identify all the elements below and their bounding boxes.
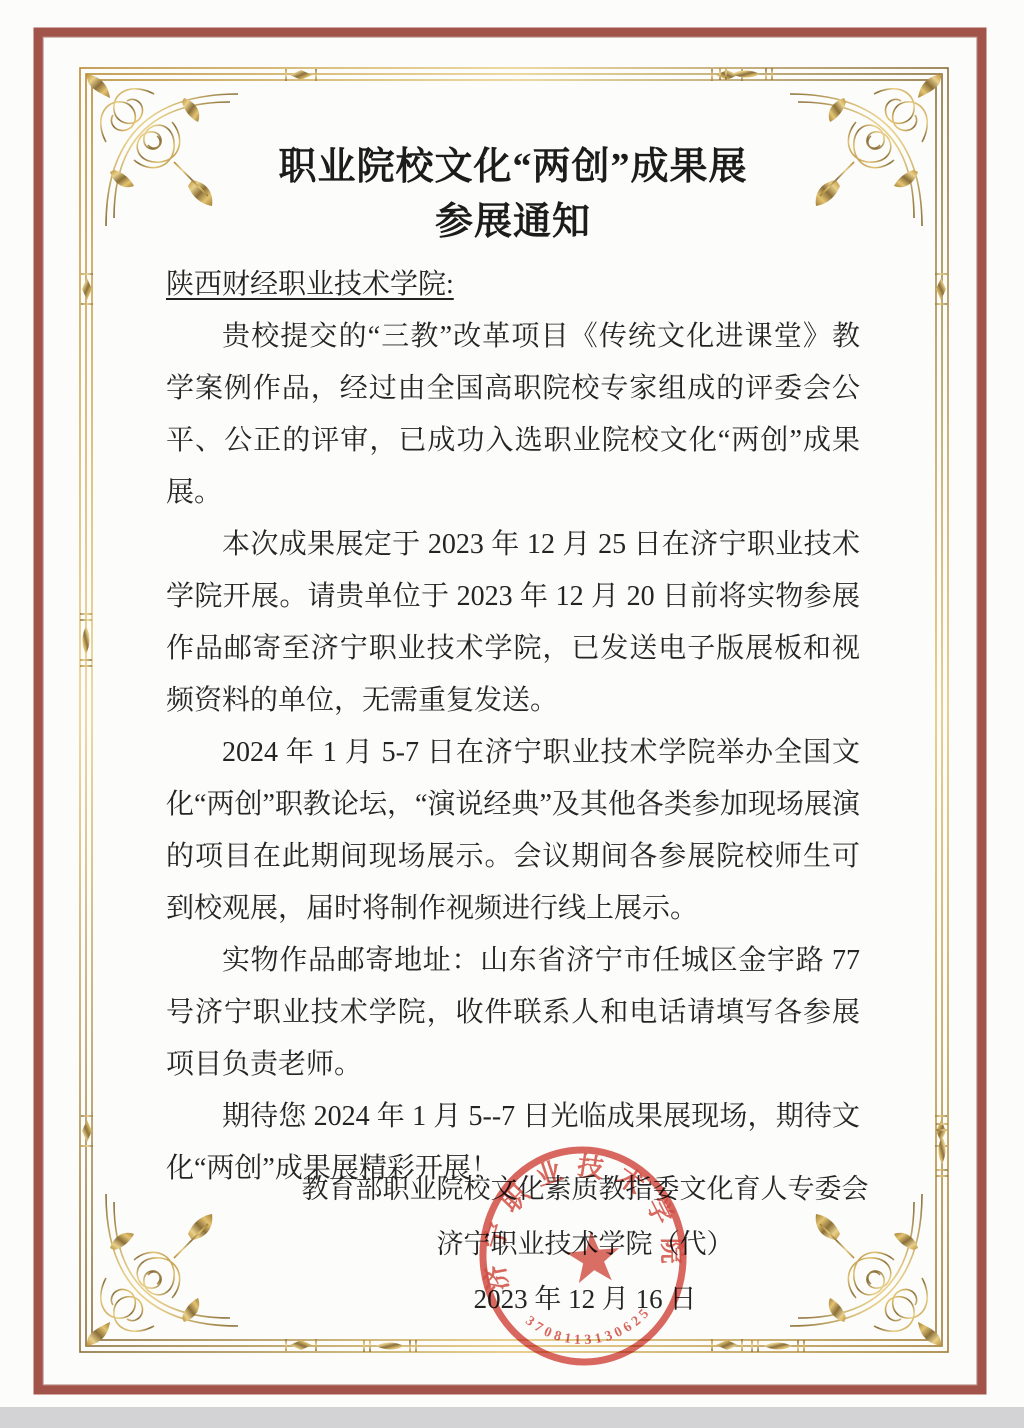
notice-page: 职业院校文化“两创”成果展 参展通知 陕西财经职业技术学院: 贵校提交的“三教”… <box>0 0 1024 1428</box>
gold-collar-left <box>80 614 92 666</box>
scan-footer-strip <box>0 1407 1024 1428</box>
paragraph-acceptance: 贵校提交的“三教”改革项目《传统文化进课堂》教学案例作品，经过由全国高职院校专家… <box>166 311 860 519</box>
notice-content: 职业院校文化“两创”成果展 参展通知 陕西财经职业技术学院: 贵校提交的“三教”… <box>166 140 860 1195</box>
gold-collar-right <box>936 1124 948 1176</box>
gold-collar-bottom-left <box>364 1340 416 1352</box>
paragraph-forum: 2024 年 1 月 5-7 日在济宁职业技术学院举办全国文化“两创”职教论坛，… <box>166 727 860 935</box>
signature-org: 教育部职业院校文化素质教指委文化育人专委会 <box>255 1162 915 1217</box>
recipient-salutation: 陕西财经职业技术学院: <box>166 259 454 311</box>
notice-title: 职业院校文化“两创”成果展 参展通知 <box>166 140 860 250</box>
gold-collar-top <box>720 68 772 80</box>
signature-date: 2023 年 12 月 16 日 <box>255 1272 915 1327</box>
signature-issuer: 济宁职业技术学院（代） <box>255 1217 915 1272</box>
title-line-2: 参展通知 <box>166 195 860 250</box>
paragraph-exhibit-dates: 本次成果展定于 2023 年 12 月 25 日在济宁职业技术学院开展。请贵单位… <box>166 519 860 727</box>
paragraph-mailing-address: 实物作品邮寄地址：山东省济宁市任城区金宇路 77 号济宁职业技术学院，收件联系人… <box>166 935 860 1091</box>
signature-block: 教育部职业院校文化素质教指委文化育人专委会 济宁职业技术学院（代） 2023 年… <box>255 1162 915 1327</box>
gold-collar-bottom-right <box>752 1340 804 1352</box>
title-line-1: 职业院校文化“两创”成果展 <box>166 140 860 195</box>
